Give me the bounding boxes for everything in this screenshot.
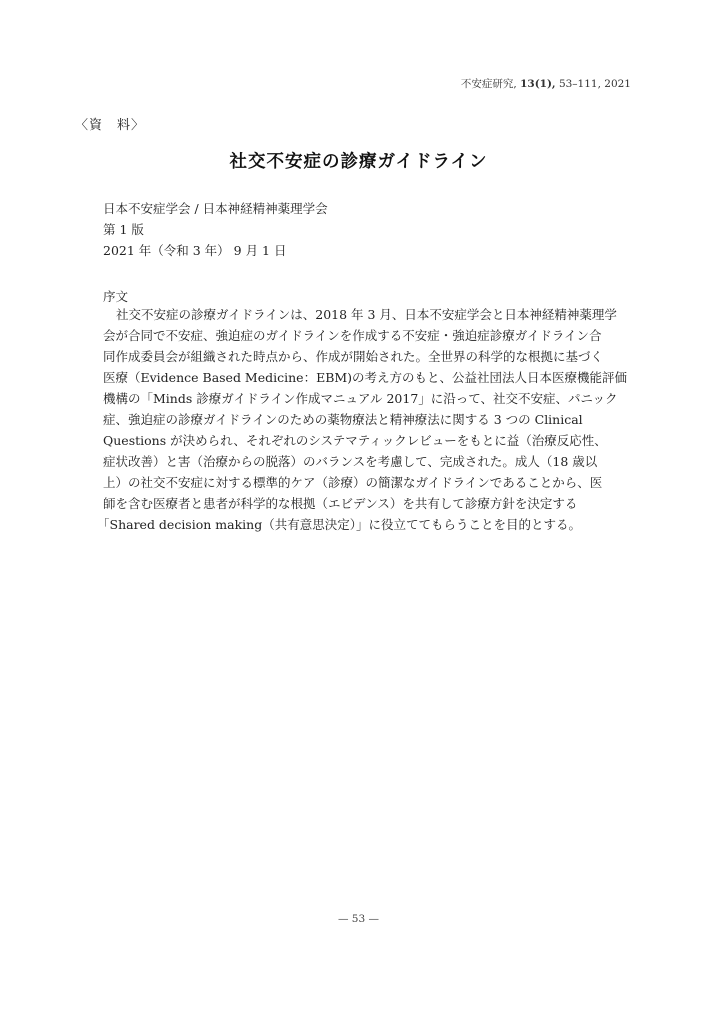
journal-pages-year: 53–111, 2021 — [559, 78, 631, 90]
preface-line: 「Shared decision making（共有意思決定）」に役立ててもらう… — [97, 514, 623, 535]
publication-date: 2021 年（令和 3 年） 9 月 1 日 — [103, 240, 328, 261]
preface-heading: 序文 — [103, 287, 128, 305]
page-number: — 53 — — [0, 913, 717, 925]
preface-line: Questions が決められ、それぞれのシステマティックレビューをもとに益（治… — [103, 430, 623, 451]
journal-volume: 13(1), — [520, 78, 556, 90]
preface-line: 会が合同で不安症、強迫症のガイドラインを作成する不安症・強迫症診療ガイドライン合 — [103, 325, 623, 346]
preface-line: 症、強迫症の診療ガイドラインのための薬物療法と精神療法に関する 3 つの Cli… — [103, 409, 623, 430]
preface-line: 社交不安症の診療ガイドラインは、2018 年 3 月、日本不安症学会と日本神経精… — [103, 304, 623, 325]
edition: 第 1 版 — [103, 219, 328, 240]
journal-reference: 不安症研究, 13(1), 53–111, 2021 — [461, 76, 631, 91]
preface-line: 症状改善）と害（治療からの脱落）のバランスを考慮して、完成された。成人（18 歳… — [103, 451, 623, 472]
preface-line: 同作成委員会が組織された時点から、作成が開始された。全世界の科学的な根拠に基づく — [103, 346, 623, 367]
preface-line: 師を含む医療者と患者が科学的な根拠（エビデンス）を共有して診療方針を決定する — [103, 493, 623, 514]
document-title: 社交不安症の診療ガイドライン — [0, 148, 717, 173]
authors: 日本不安症学会 / 日本神経精神薬理学会 — [103, 198, 328, 219]
preface-line: 医療（Evidence Based Medicine：EBM)の考え方のもと、公… — [103, 367, 623, 388]
preface-line: 機構の「Minds 診療ガイドライン作成マニュアル 2017」に沿って、社交不安… — [103, 388, 623, 409]
section-tag: 〈資 料〉 — [75, 114, 145, 133]
journal-name: 不安症研究, — [461, 78, 517, 90]
document-meta: 日本不安症学会 / 日本神経精神薬理学会 第 1 版 2021 年（令和 3 年… — [103, 198, 328, 261]
preface-body: 社交不安症の診療ガイドラインは、2018 年 3 月、日本不安症学会と日本神経精… — [103, 304, 623, 535]
preface-line: 上）の社交不安症に対する標準的ケア（診療）の簡潔なガイドラインであることから、医 — [103, 472, 623, 493]
